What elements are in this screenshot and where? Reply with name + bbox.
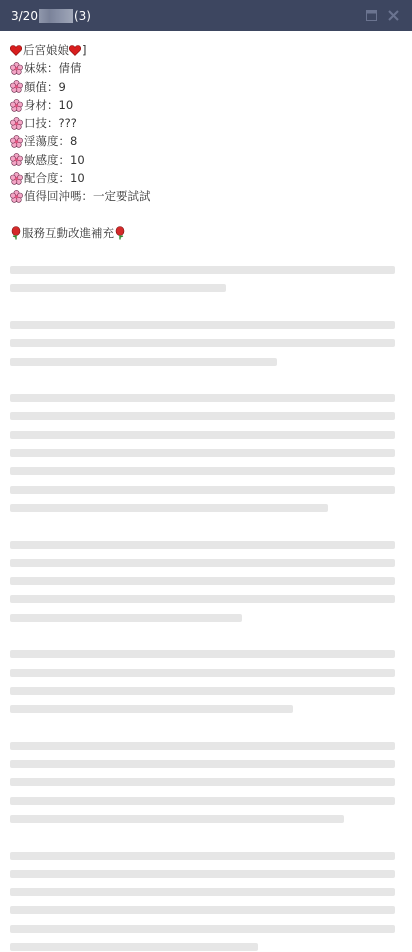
field-row: 值得回沖嗎：一定要試試 (10, 187, 403, 205)
title-redacted-block (39, 9, 73, 23)
field-value: 倩倩 (59, 59, 82, 77)
field-value: 10 (70, 169, 85, 187)
body-paragraph (10, 736, 403, 827)
field-separator: ： (47, 96, 59, 114)
body-paragraph (10, 846, 403, 952)
title-suffix: (3) (74, 9, 91, 23)
section-title-text: 服務互動改進補充 (22, 224, 114, 242)
flower-icon (10, 190, 23, 203)
field-label: 口技 (24, 114, 47, 132)
field-label: 顏值 (24, 78, 47, 96)
post-header: 后宮娘娘 ] (10, 41, 403, 59)
field-row: 口技：??? (10, 114, 403, 132)
field-row: 配合度：10 (10, 169, 403, 187)
minimize-icon (366, 10, 377, 21)
field-label: 敏感度 (24, 151, 59, 169)
close-icon (388, 10, 399, 21)
field-value: 一定要試試 (93, 187, 151, 205)
rose-icon (11, 226, 21, 240)
field-value: 10 (59, 96, 74, 114)
flower-icon (10, 135, 23, 148)
flower-icon (10, 153, 23, 166)
field-value: 9 (59, 78, 66, 96)
body-paragraph (10, 315, 403, 370)
field-separator: ： (47, 78, 59, 96)
heart-icon (69, 45, 81, 56)
heart-icon (10, 45, 22, 56)
minimize-button[interactable] (362, 7, 380, 25)
field-row: 淫蕩度：8 (10, 132, 403, 150)
title-prefix: 3/20 (11, 9, 38, 23)
field-label: 配合度 (24, 169, 59, 187)
field-value: ??? (59, 114, 77, 132)
field-separator: ： (59, 132, 71, 150)
post-header-trailing: ] (82, 41, 87, 59)
field-value: 10 (70, 151, 85, 169)
field-separator: ： (59, 151, 71, 169)
field-row: 顏值：9 (10, 78, 403, 96)
flower-icon (10, 172, 23, 185)
body-paragraph (10, 535, 403, 626)
field-value: 8 (70, 132, 77, 150)
body-paragraph (10, 261, 403, 298)
field-separator: ： (59, 169, 71, 187)
body-paragraph (10, 645, 403, 718)
field-label: 淫蕩度 (24, 132, 59, 150)
flower-icon (10, 80, 23, 93)
body-paragraph (10, 389, 403, 517)
post-content: 后宮娘娘 ] 妹妹：倩倩顏值：9身材：10口技：???淫蕩度：8敏感度：10配合… (0, 31, 412, 952)
window-title: 3/20 (3) (11, 9, 91, 23)
rose-icon (115, 226, 125, 240)
window-titlebar: 3/20 (3) (0, 0, 412, 31)
field-label: 妹妹 (24, 59, 47, 77)
field-label: 值得回沖嗎 (24, 187, 82, 205)
field-row: 敏感度：10 (10, 151, 403, 169)
field-row: 妹妹：倩倩 (10, 59, 403, 77)
field-row: 身材：10 (10, 96, 403, 114)
field-separator: ： (47, 59, 59, 77)
flower-icon (10, 117, 23, 130)
flower-icon (10, 99, 23, 112)
section-title: 服務互動改進補充 (10, 224, 403, 242)
post-header-title: 后宮娘娘 (23, 41, 69, 59)
field-separator: ： (82, 187, 94, 205)
field-label: 身材 (24, 96, 47, 114)
close-button[interactable] (384, 7, 402, 25)
field-separator: ： (47, 114, 59, 132)
flower-icon (10, 62, 23, 75)
